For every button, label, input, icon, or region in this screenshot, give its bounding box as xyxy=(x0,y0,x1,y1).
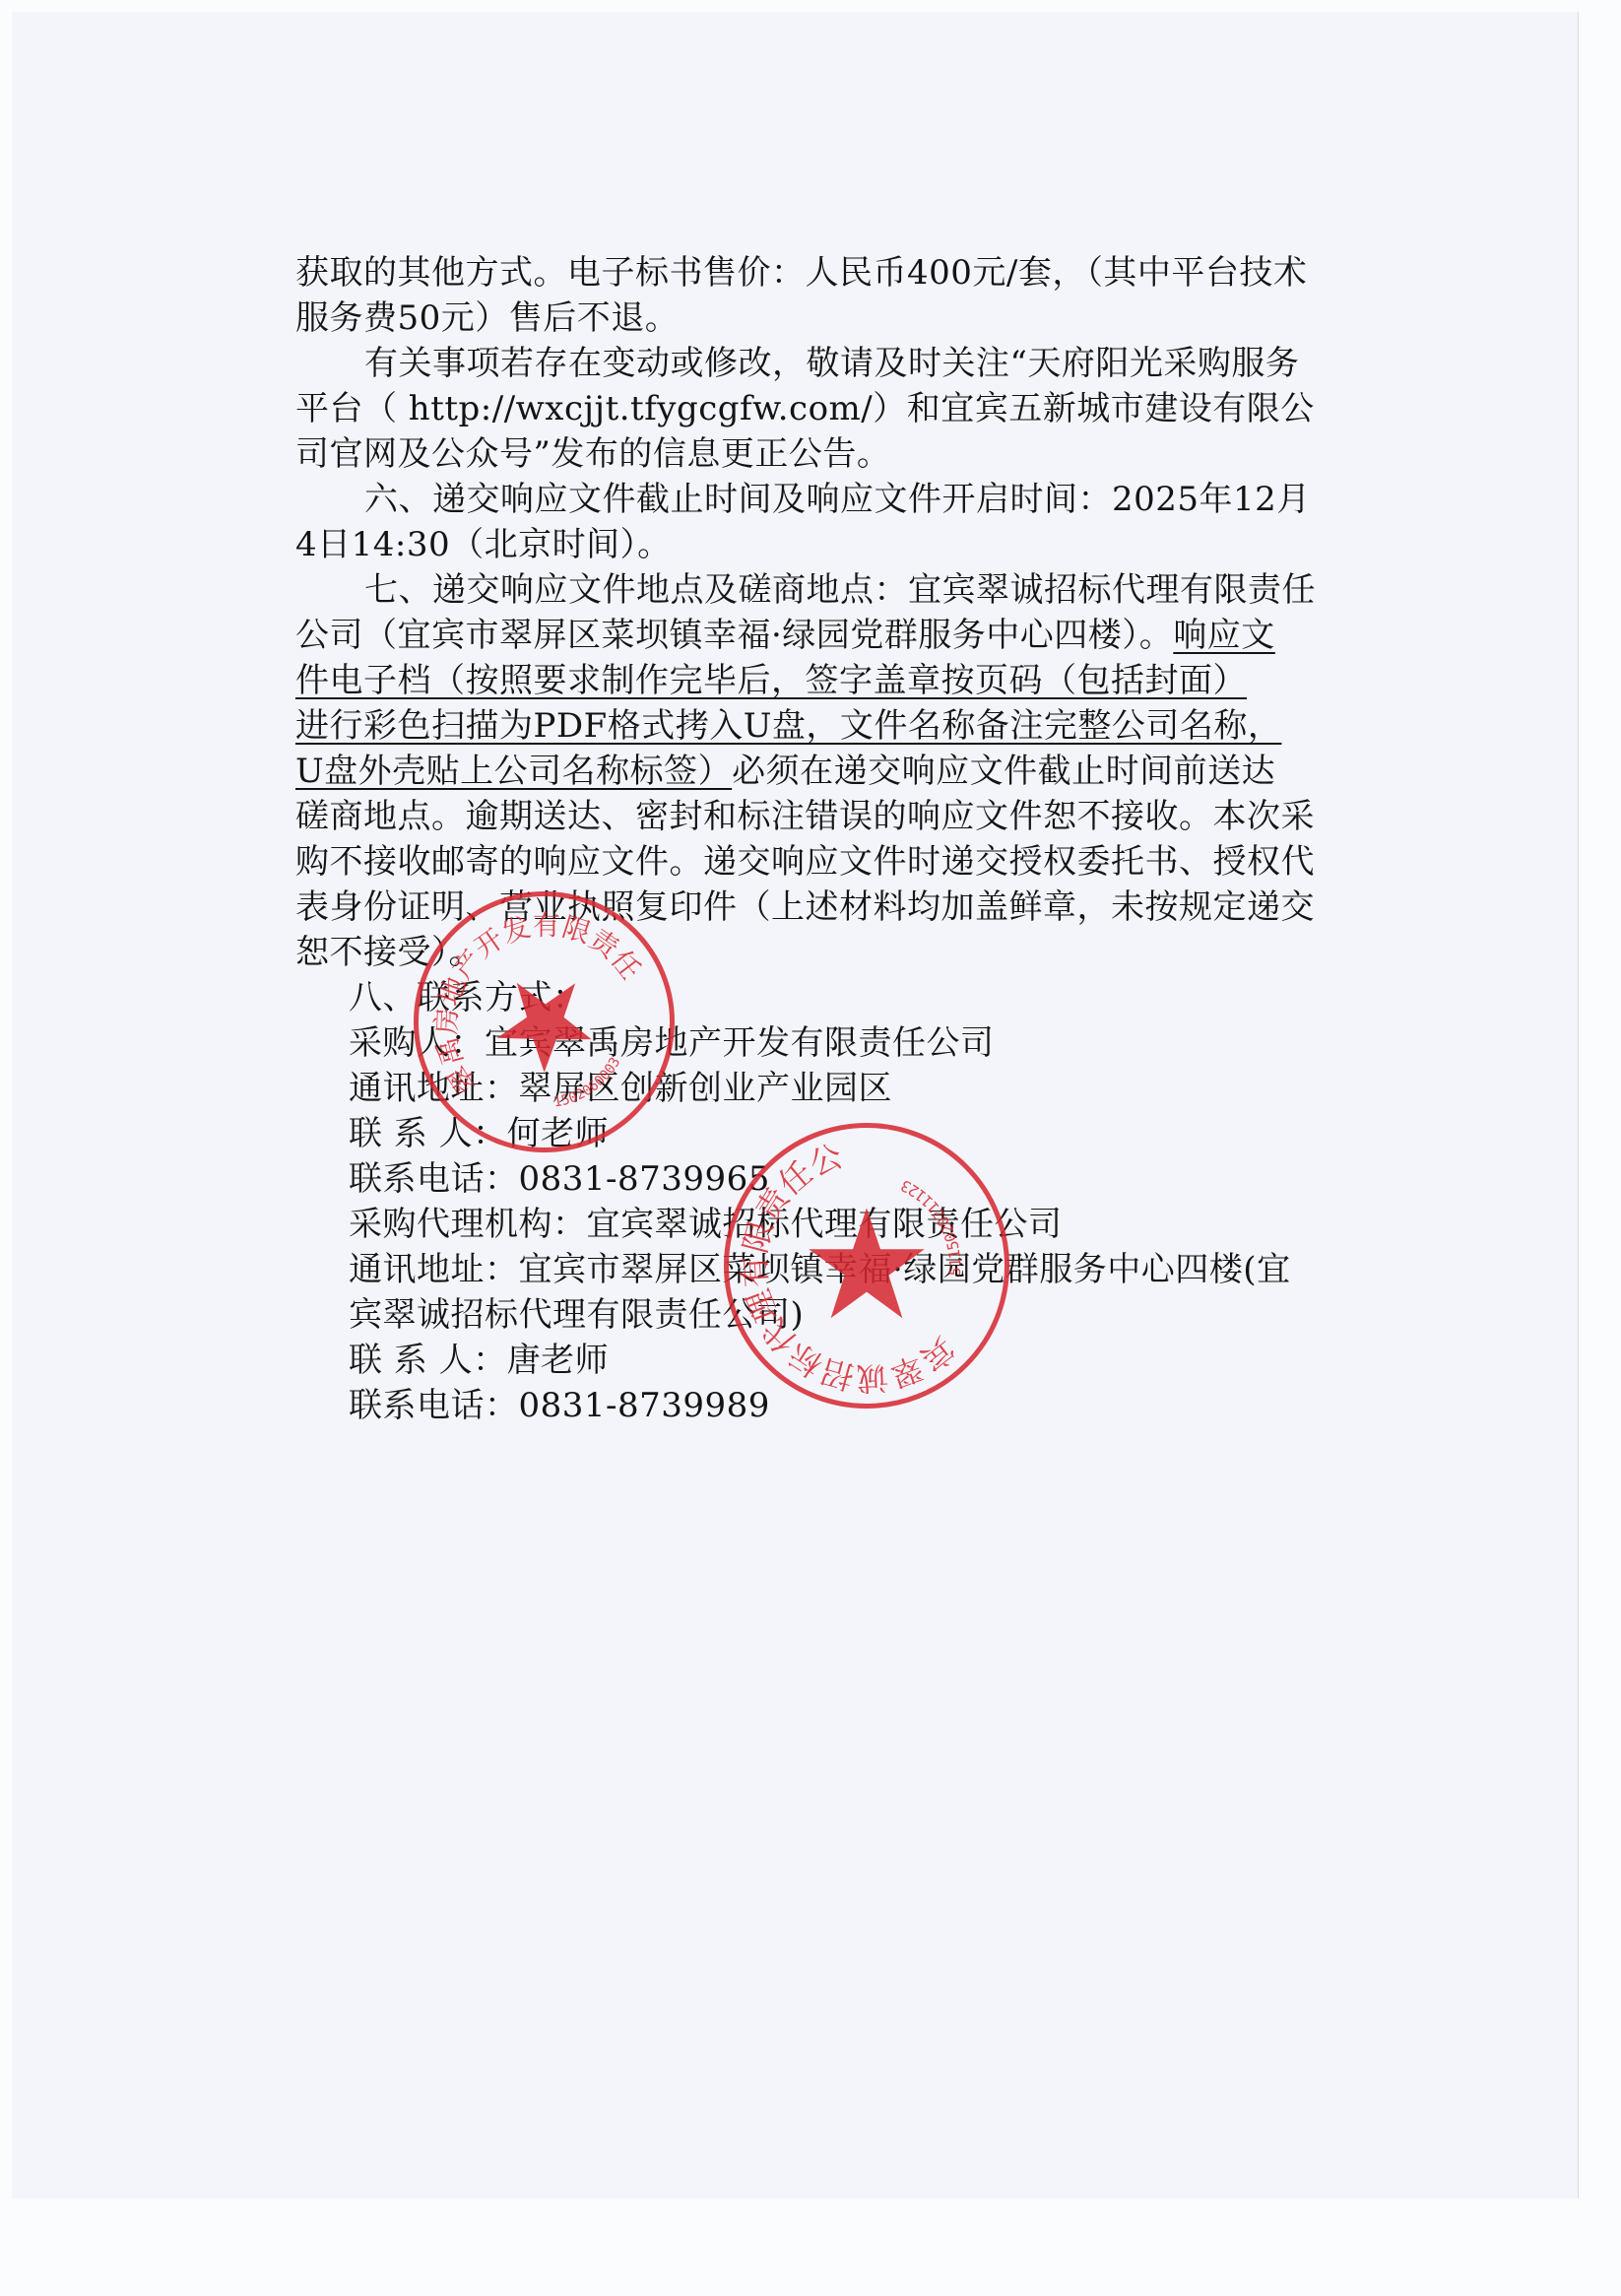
paragraph-line: 平台（ http://wxcjjt.tfygcgfw.com/）和宜宾五新城市建… xyxy=(295,386,1300,431)
section-eight-heading: 八、联系方式： xyxy=(295,975,1300,1020)
paragraph-line: 4日14:30（北京时间）。 xyxy=(295,522,1300,567)
paragraph-line: 恕不接受）。 xyxy=(295,930,1300,975)
label: 采购人： xyxy=(349,1023,485,1063)
purchaser-phone-line: 联系电话：0831-8739965 xyxy=(295,1156,1300,1202)
agency-address-line-2: 宾翠诚招标代理有限责任公司) xyxy=(295,1292,1300,1338)
underlined-text: 件电子档（按照要求制作完毕后，签字盖章按页码（包括封面） xyxy=(295,658,1300,703)
text-segment: 公司（宜宾市翠屏区菜坝镇幸福·绿园党群服务中心四楼）。 xyxy=(295,616,1173,655)
purchaser-name: 宜宾翠禹房地产开发有限责任公司 xyxy=(485,1023,995,1063)
paragraph-line: 有关事项若存在变动或修改，敬请及时关注“天府阳光采购服务 xyxy=(295,341,1300,386)
section-seven-heading: 七、递交响应文件地点及磋商地点：宜宾翠诚招标代理有限责任 xyxy=(295,567,1300,613)
agency-line: 采购代理机构：宜宾翠诚招标代理有限责任公司 xyxy=(295,1202,1300,1247)
paragraph-line: 购不接收邮寄的响应文件。递交响应文件时递交授权委托书、授权代 xyxy=(295,839,1300,885)
purchaser-address: 翠屏区创新创业产业园区 xyxy=(519,1069,893,1108)
label: 联系电话： xyxy=(349,1386,519,1425)
label: 联 系 人： xyxy=(349,1114,507,1153)
paragraph-line: 表身份证明、营业执照复印件（上述材料均加盖鲜章，未按规定递交 xyxy=(295,885,1300,930)
paragraph-line: U盘外壳贴上公司名称标签）必须在递交响应文件截止时间前送达 xyxy=(295,749,1300,794)
label: 联 系 人： xyxy=(349,1341,507,1380)
agency-address-line: 通讯地址：宜宾市翠屏区菜坝镇幸福·绿园党群服务中心四楼(宜 xyxy=(295,1247,1300,1292)
underlined-text: 响应文 xyxy=(1173,616,1275,655)
purchaser-contact-line: 联 系 人：何老师 xyxy=(295,1111,1300,1156)
document-body: 获取的其他方式。电子标书售价：人民币400元/套，（其中平台技术 服务费50元）… xyxy=(295,250,1300,1428)
label: 通讯地址： xyxy=(349,1250,519,1289)
label: 采购代理机构： xyxy=(349,1205,587,1244)
purchaser-contact: 何老师 xyxy=(507,1114,610,1153)
agency-phone: 0831-8739989 xyxy=(519,1386,770,1425)
underlined-text: U盘外壳贴上公司名称标签） xyxy=(295,752,732,791)
paragraph-line: 磋商地点。逾期送达、密封和标注错误的响应文件恕不接收。本次采 xyxy=(295,794,1300,839)
agency-contact-line: 联 系 人：唐老师 xyxy=(295,1338,1300,1383)
label: 通讯地址： xyxy=(349,1069,519,1108)
agency-name: 宜宾翠诚招标代理有限责任公司 xyxy=(587,1205,1063,1244)
paragraph-line: 获取的其他方式。电子标书售价：人民币400元/套，（其中平台技术 xyxy=(295,250,1300,295)
agency-address: 宜宾市翠屏区菜坝镇幸福·绿园党群服务中心四楼(宜 xyxy=(519,1250,1291,1289)
underlined-text: 进行彩色扫描为PDF格式拷入U盘，文件名称备注完整公司名称， xyxy=(295,703,1300,749)
purchaser-phone: 0831-8739965 xyxy=(519,1159,770,1199)
paragraph-line: 公司（宜宾市翠屏区菜坝镇幸福·绿园党群服务中心四楼）。响应文 xyxy=(295,613,1300,658)
purchaser-line: 采购人：宜宾翠禹房地产开发有限责任公司 xyxy=(295,1020,1300,1066)
agency-contact: 唐老师 xyxy=(507,1341,610,1380)
label: 联系电话： xyxy=(349,1159,519,1199)
purchaser-address-line: 通讯地址：翠屏区创新创业产业园区 xyxy=(295,1066,1300,1111)
section-six-heading: 六、递交响应文件截止时间及响应文件开启时间：2025年12月 xyxy=(295,477,1300,522)
paragraph-line: 服务费50元）售后不退。 xyxy=(295,295,1300,341)
text-segment: 必须在递交响应文件截止时间前送达 xyxy=(732,752,1275,791)
agency-phone-line: 联系电话：0831-8739989 xyxy=(295,1383,1300,1428)
paragraph-line: 司官网及公众号”发布的信息更正公告。 xyxy=(295,431,1300,477)
